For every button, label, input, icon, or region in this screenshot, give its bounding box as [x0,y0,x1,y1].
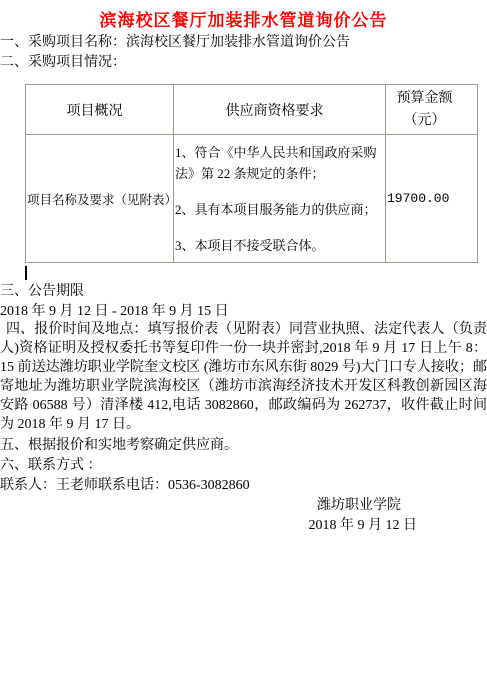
signature-organization: 潍坊职业学院 [0,494,487,514]
column-header-supplier-requirements: 供应商资格要求 [174,85,386,135]
column-header-project-overview: 项目概况 [26,85,174,135]
requirement-item-2: 2、具有本项目服务能力的供应商； [175,199,384,220]
signature-date: 2018 年 9 月 12 日 [0,514,487,534]
cell-budget-amount: 19700.00 [386,135,478,263]
document-page: 滨海校区餐厅加装排水管道询价公告 一、采购项目名称：滨海校区餐厅加装排水管道询价… [0,0,487,687]
column-header-budget: 预算金额 （元） [386,85,478,135]
cell-project-overview: 项目名称及要求（见附表） [26,135,174,263]
requirement-item-1: 1、符合《中华人民共和国政府采购法》第 22 条规定的条件； [175,142,384,184]
section-1-project-name: 一、采购项目名称：滨海校区餐厅加装排水管道询价公告 [0,31,487,51]
page-title: 滨海校区餐厅加装排水管道询价公告 [0,6,487,31]
section-2-heading: 二、采购项目情况： [0,51,487,71]
section-4-quote-time-place: 四、报价时间及地点：填写报价表（见附表）同营业执照、法定代表人（负责人)资格证明… [0,320,487,434]
cell-supplier-requirements: 1、符合《中华人民共和国政府采购法》第 22 条规定的条件； 2、具有本项目服务… [174,135,386,263]
section-6-heading: 六、联系方式 ： [0,454,487,474]
announcement-date-range: 2018 年 9 月 12 日 - 2018 年 9 月 15 日 [0,300,487,320]
budget-header-line1: 预算金额 [386,88,463,110]
requirement-item-3: 3、本项目不接受联合体。 [175,235,384,256]
section-5-supplier-determination: 五、根据报价和实地考察确定供应商。 [0,434,487,454]
budget-header-line2: （元） [386,110,463,132]
contact-person-line: 联系人：王老师联系电话：0536-3082860 [0,474,487,494]
procurement-info-table: 项目概况 供应商资格要求 预算金额 （元） 项目名称及要求（见附表） 1、符合《… [25,84,478,263]
section-3-heading: 三、公告期限 [0,280,487,300]
table-data-row: 项目名称及要求（见附表） 1、符合《中华人民共和国政府采购法》第 22 条规定的… [26,135,478,263]
table-header-row: 项目概况 供应商资格要求 预算金额 （元） [26,85,478,135]
text-cursor [25,266,27,280]
